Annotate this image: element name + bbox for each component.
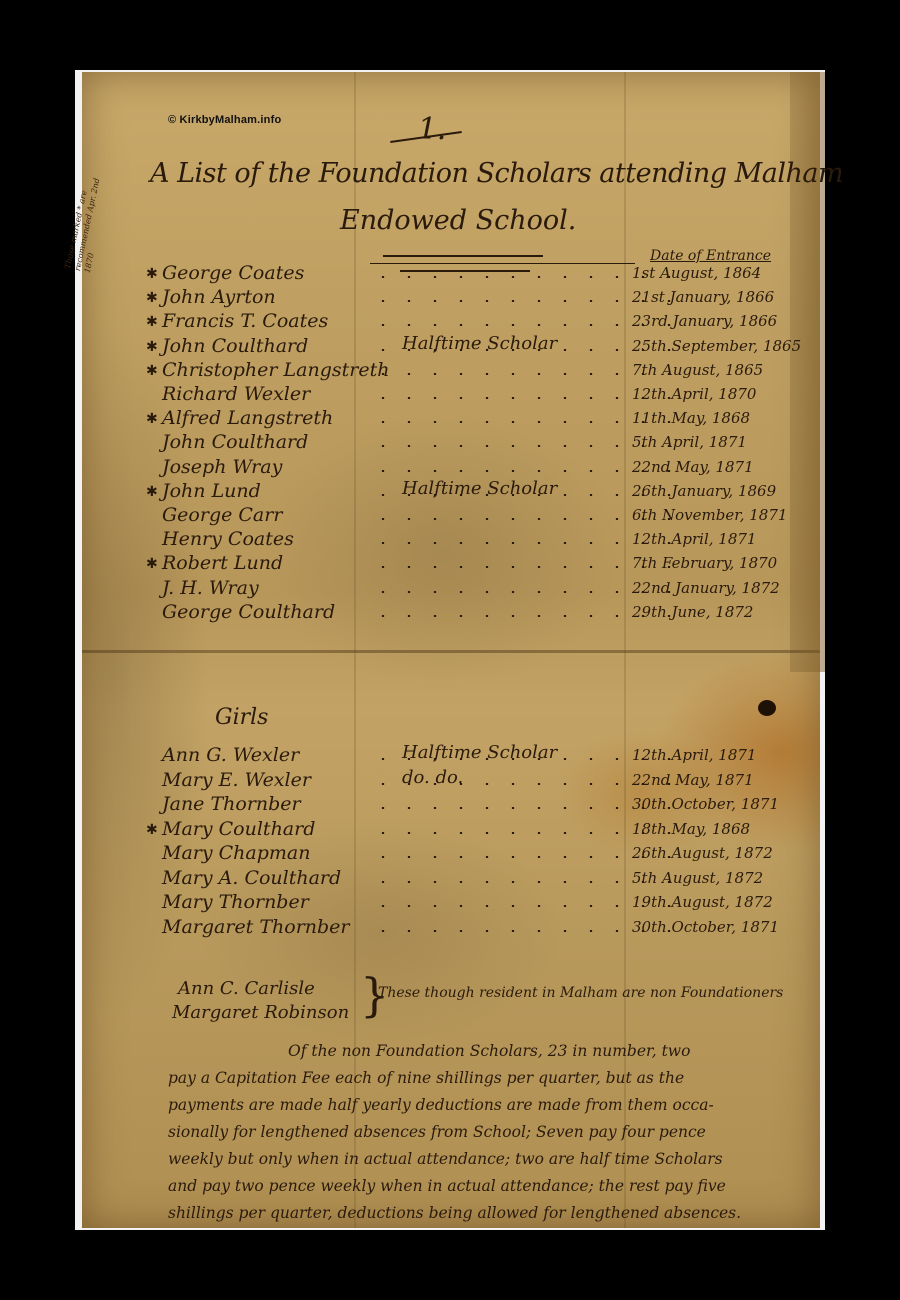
entrance-date: 7th February, 1870 — [632, 554, 777, 572]
entrance-date: 29th June, 1872 — [632, 603, 753, 621]
list-row: Margaret Thornber30th October, 1871 — [140, 916, 830, 940]
non-foundation-name: Margaret Robinson — [172, 1002, 349, 1023]
scholar-name: George Coulthard — [162, 601, 335, 623]
scholar-name: Jane Thornber — [162, 793, 301, 815]
scholar-name: Henry Coates — [162, 528, 294, 550]
asterisk-mark-icon: ✱ — [146, 266, 158, 282]
scholar-name: John Lund — [162, 480, 261, 502]
entrance-date: 22nd May, 1871 — [632, 771, 754, 789]
scholar-name: J. H. Wray — [162, 577, 259, 599]
list-row: Mary E. Wexlerdo. do.22nd May, 1871 — [140, 769, 830, 793]
paragraph-line: Of the non Foundation Scholars, 23 in nu… — [168, 1038, 818, 1065]
entrance-date: 5th April, 1871 — [632, 433, 747, 451]
entrance-date: 19th August, 1872 — [632, 893, 773, 911]
entrance-date: 6th November, 1871 — [632, 506, 787, 524]
list-row: John Coulthard5th April, 1871 — [140, 431, 830, 455]
page-number: 1. — [392, 112, 472, 147]
document-subtitle: Endowed School. — [340, 205, 576, 236]
scholar-name: Mary Chapman — [162, 842, 310, 864]
asterisk-mark-icon: ✱ — [146, 290, 158, 306]
scholar-remark: Halftime Scholar — [402, 478, 557, 499]
list-row: George Coulthard29th June, 1872 — [140, 601, 830, 625]
scholar-name: John Coulthard — [162, 335, 308, 357]
scholar-name: Alfred Langstreth — [162, 407, 333, 429]
scholar-remark: Halftime Scholar — [402, 333, 557, 354]
scholar-name: Christopher Langstreth — [162, 359, 389, 381]
list-row: ✱John CoulthardHalftime Scholar25th Sept… — [140, 335, 830, 359]
entrance-date: 1st August, 1864 — [632, 264, 761, 282]
scholar-name: Mary E. Wexler — [162, 769, 311, 791]
list-row: Mary A. Coulthard5th August, 1872 — [140, 867, 830, 891]
asterisk-mark-icon: ✱ — [146, 411, 158, 427]
list-row: Richard Wexler12th April, 1870 — [140, 383, 830, 407]
scholar-name: Mary Coulthard — [162, 818, 315, 840]
paragraph-line: pay a Capitation Fee each of nine shilli… — [168, 1065, 818, 1092]
non-foundation-name: Ann C. Carlisle — [178, 978, 315, 999]
paragraph-line: payments are made half yearly deductions… — [168, 1092, 818, 1119]
document-title: A List of the Foundation Scholars attend… — [150, 158, 830, 189]
list-row: ✱John LundHalftime Scholar26th January, … — [140, 480, 830, 504]
list-row: ✱Robert Lund7th February, 1870 — [140, 552, 830, 576]
scholar-name: Robert Lund — [162, 552, 283, 574]
entrance-date: 26th January, 1869 — [632, 482, 776, 500]
girls-heading: Girls — [215, 705, 268, 730]
entrance-date: 11th May, 1868 — [632, 409, 750, 427]
scholar-name: Ann G. Wexler — [162, 744, 299, 766]
list-row: J. H. Wray22nd January, 1872 — [140, 577, 830, 601]
asterisk-mark-icon: ✱ — [146, 556, 158, 572]
scholar-name: Joseph Wray — [162, 456, 282, 478]
paragraph-line: weekly but only when in actual attendanc… — [168, 1146, 818, 1173]
non-foundation-note: These though resident in Malham are non … — [378, 985, 783, 1001]
paragraph-line: and pay two pence weekly when in actual … — [168, 1173, 818, 1200]
entrance-date: 22nd January, 1872 — [632, 579, 780, 597]
paragraph-line: sionally for lengthened absences from Sc… — [168, 1119, 818, 1146]
asterisk-mark-icon: ✱ — [146, 339, 158, 355]
scholar-remark: do. do. — [402, 767, 463, 788]
list-row: Henry Coates12th April, 1871 — [140, 528, 830, 552]
entrance-date: 7th August, 1865 — [632, 361, 763, 379]
scholar-name: Richard Wexler — [162, 383, 310, 405]
list-row: Ann G. WexlerHalftime Scholar12th April,… — [140, 744, 830, 768]
asterisk-mark-icon: ✱ — [146, 314, 158, 330]
list-row: ✱Christopher Langstreth7th August, 1865 — [140, 359, 830, 383]
entrance-date: 23rd January, 1866 — [632, 312, 777, 330]
scholar-remark: Halftime Scholar — [402, 742, 557, 763]
scholar-name: Mary A. Coulthard — [162, 867, 341, 889]
entrance-date: 22nd May, 1871 — [632, 458, 754, 476]
asterisk-mark-icon: ✱ — [146, 822, 158, 838]
entrance-date: 12th April, 1871 — [632, 530, 756, 548]
burn-stain — [758, 700, 776, 716]
entrance-date: 12th April, 1870 — [632, 385, 756, 403]
list-row: Joseph Wray22nd May, 1871 — [140, 456, 830, 480]
entrance-date: 12th April, 1871 — [632, 746, 756, 764]
list-row: ✱Alfred Langstreth11th May, 1868 — [140, 407, 830, 431]
scholar-name: Mary Thornber — [162, 891, 309, 913]
scholar-name: George Coates — [162, 262, 304, 284]
scholar-name: Margaret Thornber — [162, 916, 350, 938]
entrance-date: 25th September, 1865 — [632, 337, 801, 355]
asterisk-mark-icon: ✱ — [146, 363, 158, 379]
scholar-name: Francis T. Coates — [162, 310, 328, 332]
scholar-name: John Coulthard — [162, 431, 308, 453]
title-rule — [383, 255, 543, 257]
list-row: ✱Mary Coulthard18th May, 1868 — [140, 818, 830, 842]
list-row: ✱George Coates1st August, 1864 — [140, 262, 830, 286]
list-row: Mary Thornber19th August, 1872 — [140, 891, 830, 915]
entrance-date: 30th October, 1871 — [632, 795, 779, 813]
entrance-date: 30th October, 1871 — [632, 918, 779, 936]
scholar-name: John Ayrton — [162, 286, 276, 308]
watermark: © KirkbyMalham.info — [168, 114, 281, 126]
fees-paragraph: Of the non Foundation Scholars, 23 in nu… — [168, 1038, 818, 1227]
scholar-name: George Carr — [162, 504, 282, 526]
list-row: ✱Francis T. Coates23rd January, 1866 — [140, 310, 830, 334]
paragraph-line: shillings per quarter, deductions being … — [168, 1200, 818, 1227]
entrance-date: 18th May, 1868 — [632, 820, 750, 838]
entrance-date: 21st January, 1866 — [632, 288, 774, 306]
asterisk-mark-icon: ✱ — [146, 484, 158, 500]
entrance-date: 5th August, 1872 — [632, 869, 763, 887]
list-row: Jane Thornber30th October, 1871 — [140, 793, 830, 817]
list-row: ✱John Ayrton21st January, 1866 — [140, 286, 830, 310]
entrance-date: 26th August, 1872 — [632, 844, 773, 862]
list-row: George Carr6th November, 1871 — [140, 504, 830, 528]
list-row: Mary Chapman26th August, 1872 — [140, 842, 830, 866]
